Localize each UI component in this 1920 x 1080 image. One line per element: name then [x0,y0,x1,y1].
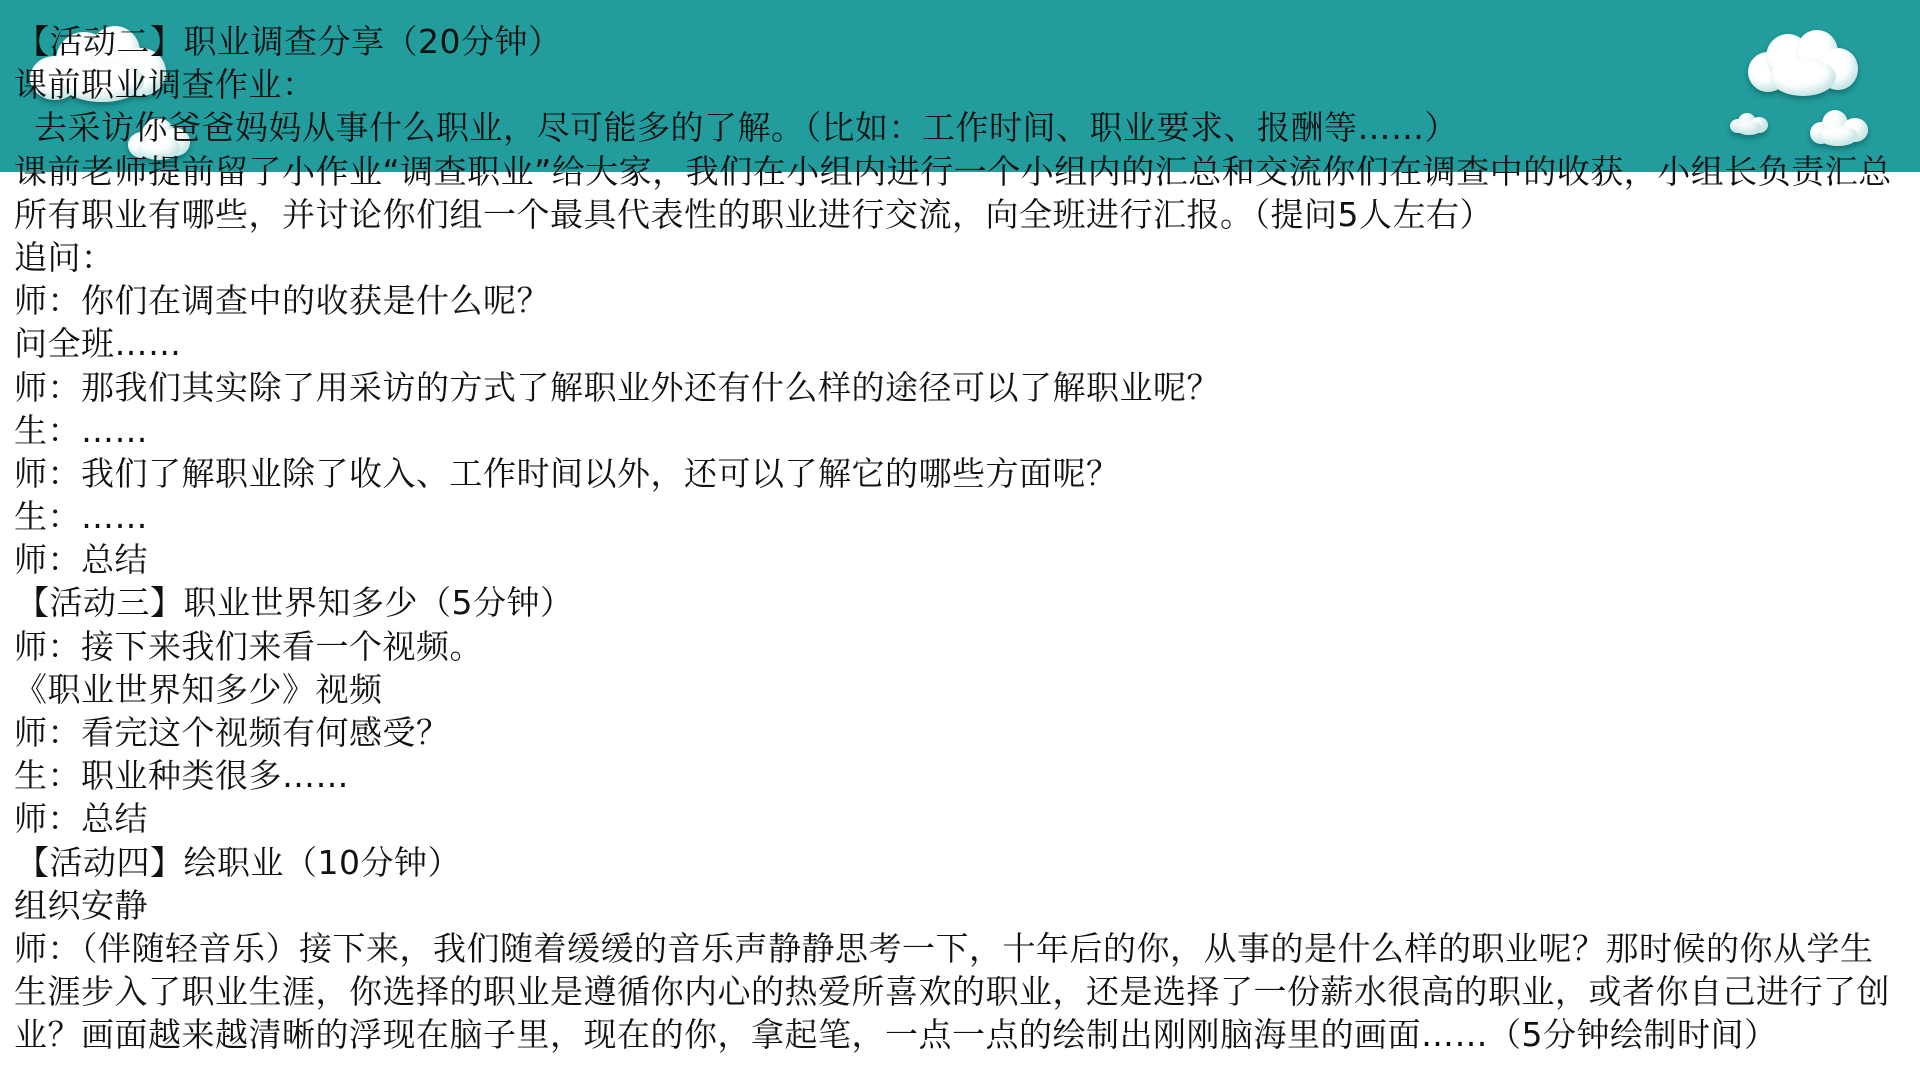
activity2-intro-paragraph: 课前老师提前留了小作业“调查职业”给大家，我们在小组内进行一个小组内的汇总和交流… [14,150,1894,236]
dialogue-line: 师：你们在调查中的收获是什么呢？ [14,279,1894,322]
dialogue-line: 师：总结 [14,538,1894,581]
dialogue-line: 师：那我们其实除了用采访的方式了解职业外还有什么样的途径可以了解职业呢？ [14,366,1894,409]
dialogue-line: 师：看完这个视频有何感受？ [14,711,1894,754]
dialogue-line: 生：…… [14,409,1894,452]
dialogue-line: 师：总结 [14,797,1894,840]
dialogue-line: 生：…… [14,495,1894,538]
organize-line: 组织安静 [14,884,1894,927]
followup-label: 追问： [14,236,1894,279]
activity3-heading: 【活动三】职业世界知多少（5分钟） [16,581,1894,624]
dialogue-line: 生：职业种类很多…… [14,754,1894,797]
activity4-heading: 【活动四】绘职业（10分钟） [16,841,1894,884]
dialogue-line: 师：接下来我们来看一个视频。 [14,625,1894,668]
activity4-teacher-paragraph: 师：（伴随轻音乐）接下来，我们随着缓缓的音乐声静静思考一下，十年后的你，从事的是… [14,927,1894,1057]
video-title: 《职业世界知多少》视频 [14,668,1894,711]
homework-task: 去采访你爸爸妈妈从事什么职业，尽可能多的了解。（比如：工作时间、职业要求、报酬等… [14,106,1894,149]
dialogue-line: 师：我们了解职业除了收入、工作时间以外，还可以了解它的哪些方面呢？ [14,452,1894,495]
dialogue-line: 问全班…… [14,322,1894,365]
homework-label: 课前职业调查作业： [14,63,1894,106]
activity2-heading: 【活动二】职业调查分享（20分钟） [16,20,1894,63]
lesson-plan-document: 【活动二】职业调查分享（20分钟） 课前职业调查作业： 去采访你爸爸妈妈从事什么… [14,20,1894,1057]
